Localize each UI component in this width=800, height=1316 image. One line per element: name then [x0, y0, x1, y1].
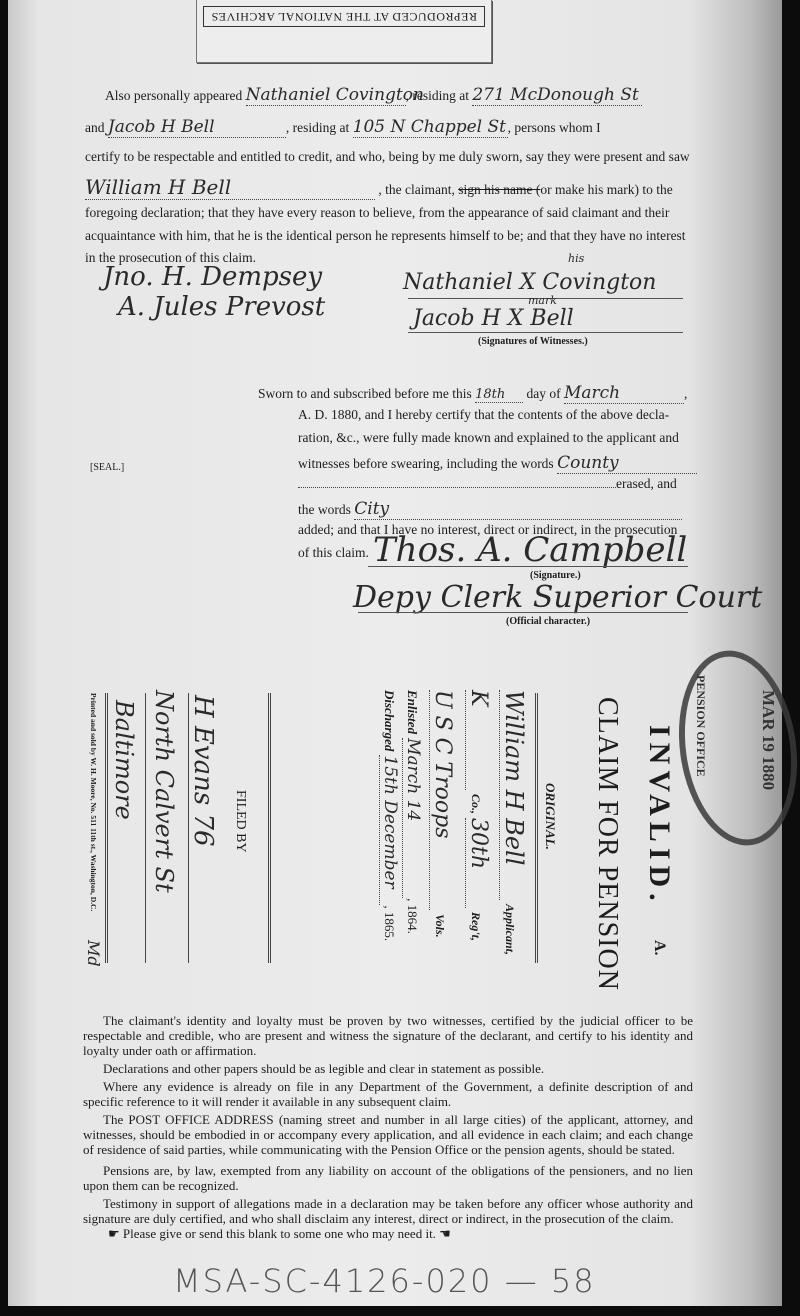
erased-word: County — [557, 453, 697, 474]
witness1-name: Nathaniel Covington — [246, 85, 406, 106]
jurat-line-2: A. D. 1880, and I hereby certify that th… — [298, 407, 669, 423]
archive-stamp-text: REPRODUCED AT THE NATIONAL ARCHIVES — [203, 6, 485, 27]
applicant-row: William H Bell Applicant, — [499, 690, 528, 955]
form-letter: A. — [650, 940, 668, 956]
witness-line-6: acquaintance with him, that he is the id… — [85, 228, 686, 244]
witness2-name: Jacob H Bell — [108, 117, 286, 138]
filed-rule — [268, 693, 271, 963]
notices: Pensions are, by law, exempted from any … — [83, 1163, 693, 1229]
witness-line-1: Also personally appeared Nathaniel Covin… — [105, 85, 642, 106]
witness2-signature: Jacob H X Bell — [413, 306, 574, 331]
enlisted-date: March 14 — [402, 738, 423, 898]
static-text: , persons whom I — [508, 120, 601, 135]
discharged-row: Discharged 15th December, 1865. — [379, 690, 400, 941]
static-text: witnesses before swearing, including the… — [298, 456, 554, 471]
notice-2: Testimony in support of allegations made… — [83, 1196, 693, 1226]
archive-stamp: REPRODUCED AT THE NATIONAL ARCHIVES — [196, 0, 492, 63]
filed-by-city: Baltimore — [110, 700, 138, 820]
witness-line-5: foregoing declaration; that they have ev… — [85, 205, 669, 221]
docket-title: CLAIM FOR PENSION — [591, 697, 623, 991]
filed-by-street: North Calvert St — [150, 690, 178, 893]
static-text: , residing at — [406, 88, 469, 103]
applicant-name: William H Bell — [499, 690, 528, 900]
notice-1: Pensions are, by law, exempted from any … — [83, 1163, 693, 1193]
discharged-date: 15th December — [379, 755, 400, 905]
received-stamp-office: PENSION OFFICE — [693, 675, 708, 777]
instruction-4: The POST OFFICE ADDRESS (naming street a… — [83, 1112, 693, 1157]
applicant-label: Applicant, — [503, 904, 517, 955]
jurat-line-1: Sworn to and subscribed before me this 1… — [258, 383, 687, 404]
blank-line — [298, 487, 616, 488]
attesting-signature-1: Jno. H. Dempsey — [103, 262, 322, 292]
docket-type: INVALID. — [642, 725, 676, 907]
instruction-3: Where any evidence is already on file in… — [83, 1079, 693, 1109]
witness2-address: 105 N Chappel St — [353, 117, 508, 138]
received-stamp — [667, 643, 800, 853]
instruction-1: The claimant's identity and loyalty must… — [83, 1013, 693, 1058]
static-text: , residing at — [286, 120, 349, 135]
static-text: , the claimant, — [378, 182, 454, 197]
signature-line-2 — [408, 332, 683, 333]
instructions: The claimant's identity and loyalty must… — [83, 1013, 693, 1160]
static-text: the words — [298, 502, 351, 517]
unit-value: U S C Troops — [429, 690, 455, 910]
mark-his-label: his — [568, 252, 584, 265]
jurat-line-4: witnesses before swearing, including the… — [298, 453, 697, 474]
docket-rule — [535, 693, 538, 963]
printer-rule — [105, 693, 108, 963]
static-text: or make his mark) to the — [540, 182, 672, 197]
static-text: day of — [526, 386, 560, 401]
official-signature: Thos. A. Campbell — [373, 530, 687, 570]
jurat-month: March — [564, 383, 684, 404]
static-text: Sworn to and subscribed before me this — [258, 386, 472, 401]
document-page: REPRODUCED AT THE NATIONAL ARCHIVES Also… — [8, 0, 782, 1306]
unit-label: Vols. — [433, 914, 447, 938]
struck-text: sign his name ( — [458, 182, 540, 197]
attesting-signature-2: A. Jules Prevost — [118, 292, 325, 322]
closing-note: ☛ Please give or send this blank to some… — [108, 1226, 451, 1242]
witness-line-4: William H Bell , the claimant, sign his … — [85, 175, 673, 200]
enlisted-label: Enlisted — [405, 690, 420, 734]
received-stamp-date: MAR 19 1880 — [758, 690, 778, 790]
filed-by-line-2 — [145, 693, 146, 963]
jurat-line-3: ration, &c., were fully made known and e… — [298, 430, 679, 446]
docket-subtitle: ORIGINAL. — [542, 783, 558, 850]
archive-id: MSA-SC-4126-020 — 58 — [173, 1262, 596, 1300]
filed-by-line-1 — [188, 693, 189, 963]
instruction-2: Declarations and other papers should be … — [83, 1061, 693, 1076]
discharged-label: Discharged — [382, 690, 397, 751]
filed-by-state: Md — [84, 940, 103, 967]
regiment-value: 30th — [465, 818, 491, 908]
regiment-label: Reg't, — [469, 912, 483, 941]
discharged-year: , 1865. — [382, 905, 397, 941]
seal-label: [SEAL.] — [90, 462, 124, 473]
official-title: Depy Clerk Superior Court — [353, 580, 762, 615]
filed-by-name: H Evans 76 — [188, 695, 218, 847]
printer-imprint: Printed and sold by W. H. Moore, No. 511… — [89, 693, 98, 911]
jurat-line-8: of this claim. — [298, 545, 369, 561]
official-title-line — [358, 612, 688, 613]
enlisted-row: Enlisted March 14, 1864. — [402, 690, 423, 934]
static-text: erased, and — [616, 476, 677, 491]
jurat-day: 18th — [475, 387, 523, 403]
official-signature-line — [368, 566, 688, 567]
static-text: Also personally appeared — [105, 88, 242, 103]
signatures-caption: (Signatures of Witnesses.) — [478, 336, 588, 347]
jurat-line-6: the words City — [298, 499, 682, 520]
witness-line-3: certify to be respectable and entitled t… — [85, 149, 690, 165]
title-caption: (Official character.) — [506, 616, 590, 627]
witness1-address: 271 McDonough St — [472, 85, 642, 106]
witness1-signature: Nathaniel X Covington — [403, 270, 656, 295]
enlisted-year: , 1864. — [405, 898, 420, 934]
static-text: and — [85, 120, 105, 135]
added-word: City — [354, 499, 682, 520]
witness-line-2: and Jacob H Bell, residing at 105 N Chap… — [85, 117, 601, 138]
company-value: K — [465, 690, 491, 790]
unit-row: U S C Troops Vols. — [429, 690, 455, 938]
company-label: Co., — [469, 794, 483, 814]
company-row: K Co., 30th Reg't, — [465, 690, 491, 941]
filed-by-label: FILED BY — [232, 790, 248, 853]
claimant-name: William H Bell — [85, 175, 375, 200]
jurat-line-5: erased, and — [298, 476, 677, 492]
